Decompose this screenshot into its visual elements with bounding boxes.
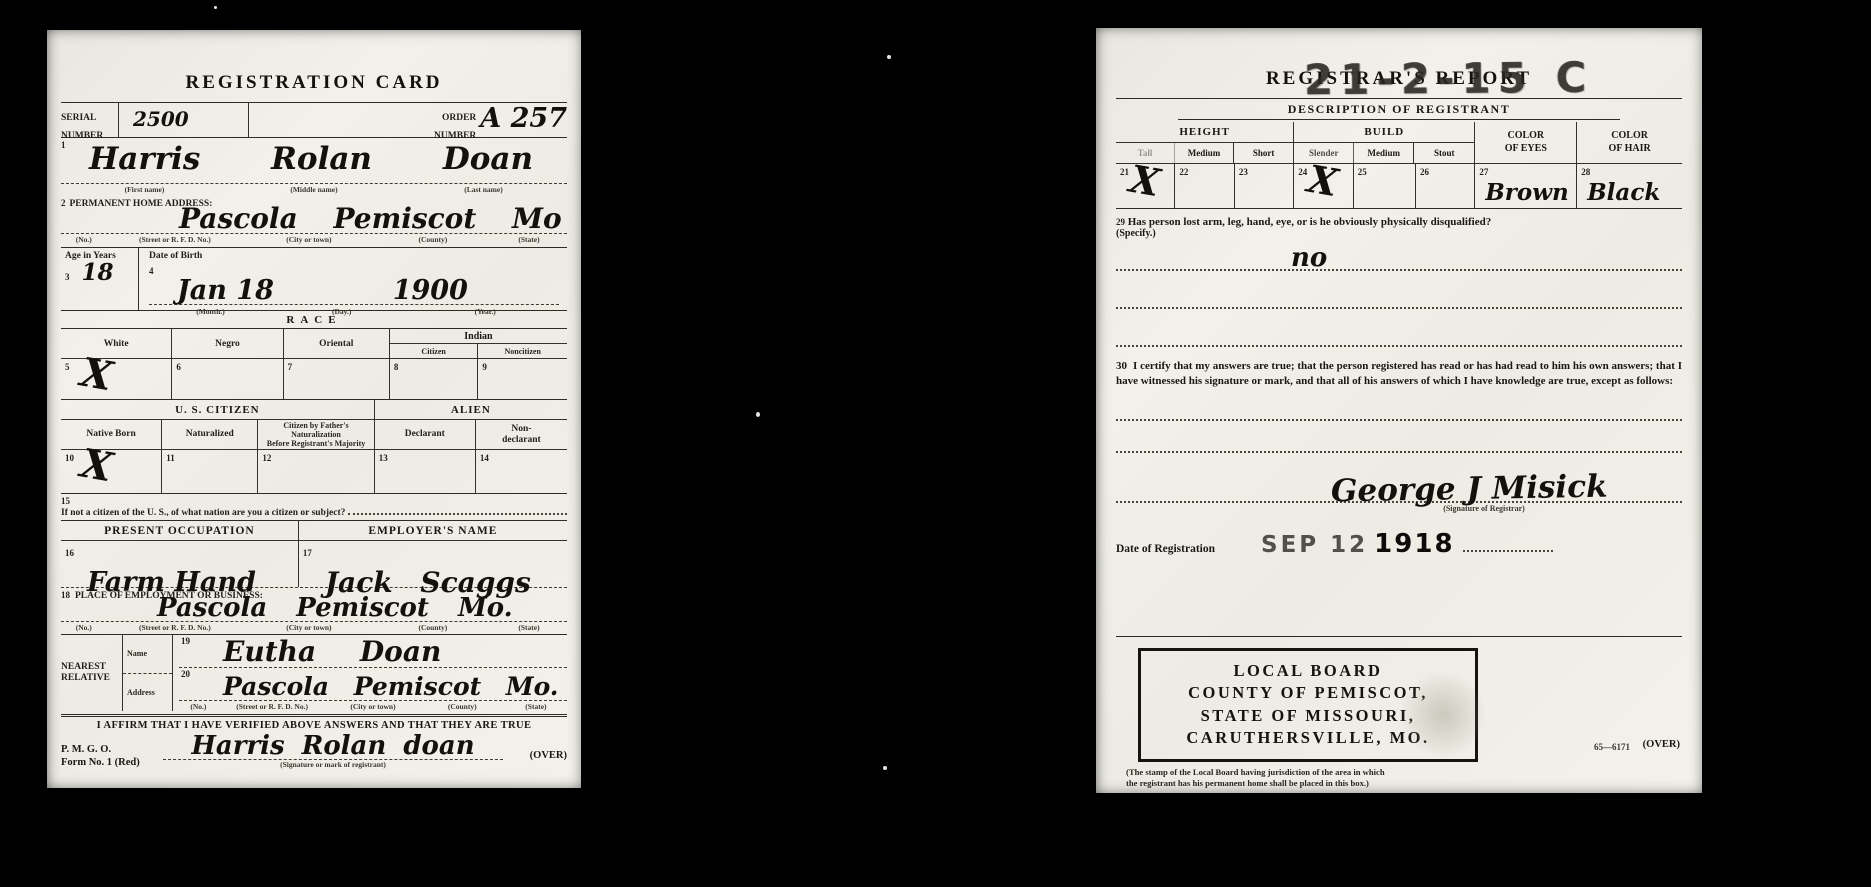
dotted-answer-line [348,506,567,515]
registrant-name: Harris Rolan Doan [61,138,567,175]
occupation-value: Farm Hand [87,569,298,596]
hair-color-cell: 28 Black [1577,164,1682,208]
non-declarant-label: Non- declarant [476,420,567,449]
eyes-color-cell: 27 Brown [1475,164,1577,208]
relative-field-labels: Name Address [123,635,173,711]
relative-name-line: 19 Eutha Doan [179,635,567,668]
over-label: (OVER) [509,750,567,769]
race-indian-label: Indian [390,329,567,344]
tall-cell: 21 X [1116,164,1175,208]
citizen-alien-header: U. S. CITIZEN ALIEN [61,400,567,420]
name-row: 1 Harris Rolan Doan [61,138,567,184]
us-citizen-header: U. S. CITIZEN [61,400,375,419]
stout-label: Stout [1414,143,1474,163]
dotted-line [1463,534,1553,552]
height-medium-label: Medium [1175,143,1234,163]
occupation-cell: 16 Farm Hand [61,541,299,587]
color-of-hair-header: COLOR OF HAIR [1577,122,1682,163]
occupation-employer-values: 16 Farm Hand 17 Jack Scaggs [61,541,567,587]
stout-cell: 26 [1416,164,1475,208]
declarant-label: Declarant [375,420,476,449]
race-negro-cell: 6 [172,359,283,399]
board-box-note: (The stamp of the Local Board having jur… [1126,767,1498,789]
race-white-cell: 5 X [61,359,172,399]
local-board-section: LOCAL BOARD COUNTY OF PEMISCOT, STATE OF… [1116,636,1682,789]
relative-sublabels: (No.) (Street or R. F. D. No.) (City or … [179,702,567,711]
registrant-signature: Harris Rolan doan [191,733,474,759]
height-medium-cell: 22 [1175,164,1234,208]
citizen-by-father-cell: 12 [258,450,374,493]
registrar-signature-area: George J Misick (Signature of Registrar) [1116,419,1682,513]
race-oriental-cell: 7 [284,359,390,399]
specify-label: (Specify.) [1116,228,1682,239]
home-address-value: Pascola Pemiscot Mo [61,205,567,234]
over-label: (OVER) [1643,739,1680,750]
naturalized-label: Naturalized [162,420,258,449]
employer-cell: 17 Jack Scaggs [299,541,567,587]
date-stamp: SEP 12 [1261,532,1368,558]
serial-order-row: SERIAL NUMBER 2500 ORDER NUMBER A 257 [61,102,567,138]
order-number-value: A 257 [476,103,567,137]
native-born-check-mark: X [78,444,116,489]
naturalized-cell: 11 [162,450,258,493]
dotted-line [1116,307,1682,309]
spacer [249,103,424,137]
race-indian-citizen-cell: 8 [390,359,479,399]
slender-check-mark: X [1305,160,1341,203]
eyes-color-value: Brown [1485,181,1568,204]
affirmation-text: I AFFIRM THAT I HAVE VERIFIED ABOVE ANSW… [61,714,567,731]
relative-values: 19 Eutha Doan 20 Pascola Pemiscot Mo. (N… [173,635,567,711]
dob-cell: Date of Birth 4 Jan 18 1900 (Month.) (Da… [139,248,567,310]
order-number-label: ORDER NUMBER [424,103,476,137]
hair-color-value: Black [1587,181,1660,204]
serial-number-value: 2500 [119,103,249,137]
form-identifier: P. M. G. O. Form No. 1 (Red) [61,743,157,769]
watermark-blob [1400,672,1486,758]
registrant-signature-block: Harris Rolan doan (Signature or mark of … [157,733,509,769]
relative-address-line: 20 Pascola Pemiscot Mo. [179,668,567,701]
employers-name-header: EMPLOYER'S NAME [299,521,567,540]
name-sublabels: (First name) (Middle name) (Last name) [61,185,567,194]
build-medium-cell: 25 [1354,164,1416,208]
race-white-label: White [61,329,172,358]
registration-card-front: REGISTRATION CARD SERIAL NUMBER 2500 ORD… [47,30,581,788]
race-indian-noncitizen-cell: 9 [478,359,567,399]
native-born-cell: 10 X [61,450,162,493]
front-card-footer: P. M. G. O. Form No. 1 (Red) Harris Rola… [61,733,567,769]
citizen-column-labels: Native Born Naturalized Citizen by Fathe… [61,420,567,450]
color-of-eyes-header: COLOR OF EYES [1475,122,1577,163]
slender-cell: 24 X [1294,164,1353,208]
question-29-answer-line: no [1116,241,1682,271]
question-29-answer: no [1291,245,1327,271]
race-indian-group: Indian Citizen Noncitizen [390,329,567,358]
scan-background: REGISTRATION CARD SERIAL NUMBER 2500 ORD… [0,0,1871,887]
race-indian-noncitizen-label: Noncitizen [478,344,567,358]
race-oriental-label: Oriental [284,329,390,358]
non-declarant-cell: 14 [476,450,567,493]
serial-stamp: 21-2-15 C [1304,53,1594,105]
registrar-signature: George J Misick [1331,471,1608,507]
home-address-block: 2 PERMANENT HOME ADDRESS: Pascola Pemisc… [61,198,567,244]
dust-speck [887,55,891,59]
race-table: White Negro Oriental Indian Citizen Nonc… [61,328,567,400]
dotted-line [1116,451,1682,453]
date-stamp-year: 1918 [1374,529,1454,559]
divider [1116,636,1682,637]
print-code: 65—6171 [1594,742,1630,752]
age-dob-row: Age in Years 3 18 Date of Birth 4 Jan 18… [61,247,567,311]
dust-speck [756,412,760,417]
race-indian-citizen-label: Citizen [390,344,479,358]
race-negro-label: Negro [172,329,283,358]
alien-header: ALIEN [375,400,567,419]
registrar-signature-line: George J Misick [1116,457,1682,503]
white-check-mark: X [78,353,116,398]
dust-speck [883,766,887,770]
tall-check-mark: X [1127,160,1163,203]
present-occupation-header: PRESENT OCCUPATION [61,521,299,540]
date-of-registration-label: Date of Registration [1116,543,1215,555]
date-of-registration-row: Date of Registration SEP 12 1918 [1116,529,1682,559]
dust-speck [214,6,217,9]
nearest-relative-label: NEAREST RELATIVE [61,635,123,711]
short-cell: 23 [1235,164,1294,208]
dob-sublabels: (Month.) (Day.) (Year.) [149,307,559,316]
declarant-cell: 13 [375,450,476,493]
question-30: 30I certify that my answers are true; th… [1116,359,1682,389]
age-cell: Age in Years 3 18 [61,248,139,310]
dob-value: Jan 18 1900 [149,277,559,305]
employment-sublabels: (No.) (Street or R. F. D. No.) (City or … [61,623,567,632]
front-card-title: REGISTRATION CARD [61,72,567,94]
occupation-employer-header: PRESENT OCCUPATION EMPLOYER'S NAME [61,520,567,541]
dotted-line [1116,419,1682,421]
build-medium-label: Medium [1354,143,1414,163]
citizen-by-father-label: Citizen by Father's Naturalization Befor… [258,420,374,449]
signature-sublabel: (Signature or mark of registrant) [157,760,509,769]
short-label: Short [1234,143,1293,163]
registrars-report-back: REGISTRAR'S REPORT 21-2-15 C DESCRIPTION… [1096,28,1702,793]
dotted-line [1116,345,1682,347]
question-15: 15 If not a citizen of the U. S., of wha… [61,496,567,518]
nearest-relative-block: NEAREST RELATIVE Name Address 19 Eutha D… [61,634,567,711]
description-table: HEIGHT Tall Medium Short BUILD Slender M… [1116,122,1682,209]
address-sublabels: (No.) (Street or R. F. D. No.) (City or … [61,235,567,244]
serial-number-label: SERIAL NUMBER [61,103,119,137]
employer-value: Jack Scaggs [325,569,567,597]
question-29: 29 Has person lost arm, leg, hand, eye, … [1116,216,1682,239]
